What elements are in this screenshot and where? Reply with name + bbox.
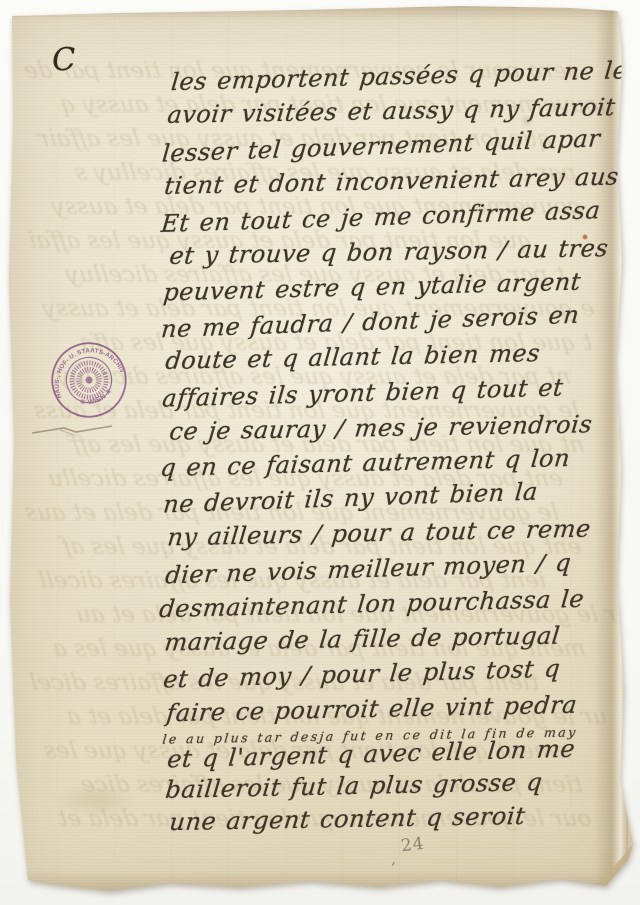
manuscript-line: peuvent estre q en ytalie argent	[162, 268, 582, 307]
paper-top-edge	[0, 4, 640, 20]
manuscript-line: lesser tel gouvernement quil apar	[161, 124, 602, 167]
manuscript-line: q en ce faisant autrement q lon	[159, 444, 571, 482]
manuscript-line: faire ce pourroit elle vint pedra	[165, 691, 578, 728]
manuscript-line: mariage de la fille de portugal	[163, 622, 561, 657]
manuscript-line: ne me faudra / dont je serois en	[160, 301, 581, 344]
paper-shadow-wrap: sera pour le gouvernement que lon tient …	[0, 0, 640, 905]
svg-text:✳ WIEN ✳: ✳ WIEN ✳	[77, 385, 117, 411]
manuscript-line: desmaintenant lon pourchassa le	[158, 585, 585, 623]
manuscript-line: ne devroit ils ny vont bien la	[162, 477, 539, 518]
manuscript-line: affaires ils yront bien q tout et	[161, 373, 565, 412]
archive-stamp-icon: HAUS-, HOF- U. STAATS-ARCHIV ✳ WIEN ✳	[38, 329, 140, 431]
stamp-ring-text-bottom: ✳ WIEN ✳	[77, 385, 117, 411]
folio-number: 24	[400, 834, 426, 857]
manuscript-line: Et en tout ce je me confirme assa	[160, 196, 602, 238]
folded-corner	[594, 836, 640, 890]
manuscript-page: sera pour le gouvernement que lon tient …	[0, 0, 640, 905]
paper-crease	[30, 420, 116, 440]
manuscript-line: doute et q allant la bien mes	[164, 339, 541, 375]
manuscript-line: et y trouve q bon rayson / au tres	[168, 234, 610, 270]
manuscript-line: une argent content q seroit	[168, 802, 527, 836]
manuscript-line: ce je sauray / mes je reviendrois	[168, 410, 594, 445]
manuscript-line: et de moy / pour le plus tost q	[162, 654, 562, 693]
scan-background: sera pour le gouvernement que lon tient …	[0, 0, 640, 905]
pencil-tick: ,	[391, 849, 396, 868]
manuscript-line: tient et dont inconvenient arey aussi	[163, 162, 640, 200]
paper-bottom-edge	[0, 871, 640, 897]
manuscript-line: avoir visitées et aussy q ny fauroit	[166, 93, 617, 129]
manuscript-line: les emportent passées q pour ne les	[170, 56, 640, 96]
manuscript-line: ny ailleurs / pour a tout ce reme	[166, 515, 592, 552]
manuscript-line: dier ne vois meilleur moyen / q	[164, 549, 573, 590]
archive-letter: C	[51, 41, 77, 79]
manuscript-line: bailleroit fut la plus grosse q	[164, 768, 544, 804]
